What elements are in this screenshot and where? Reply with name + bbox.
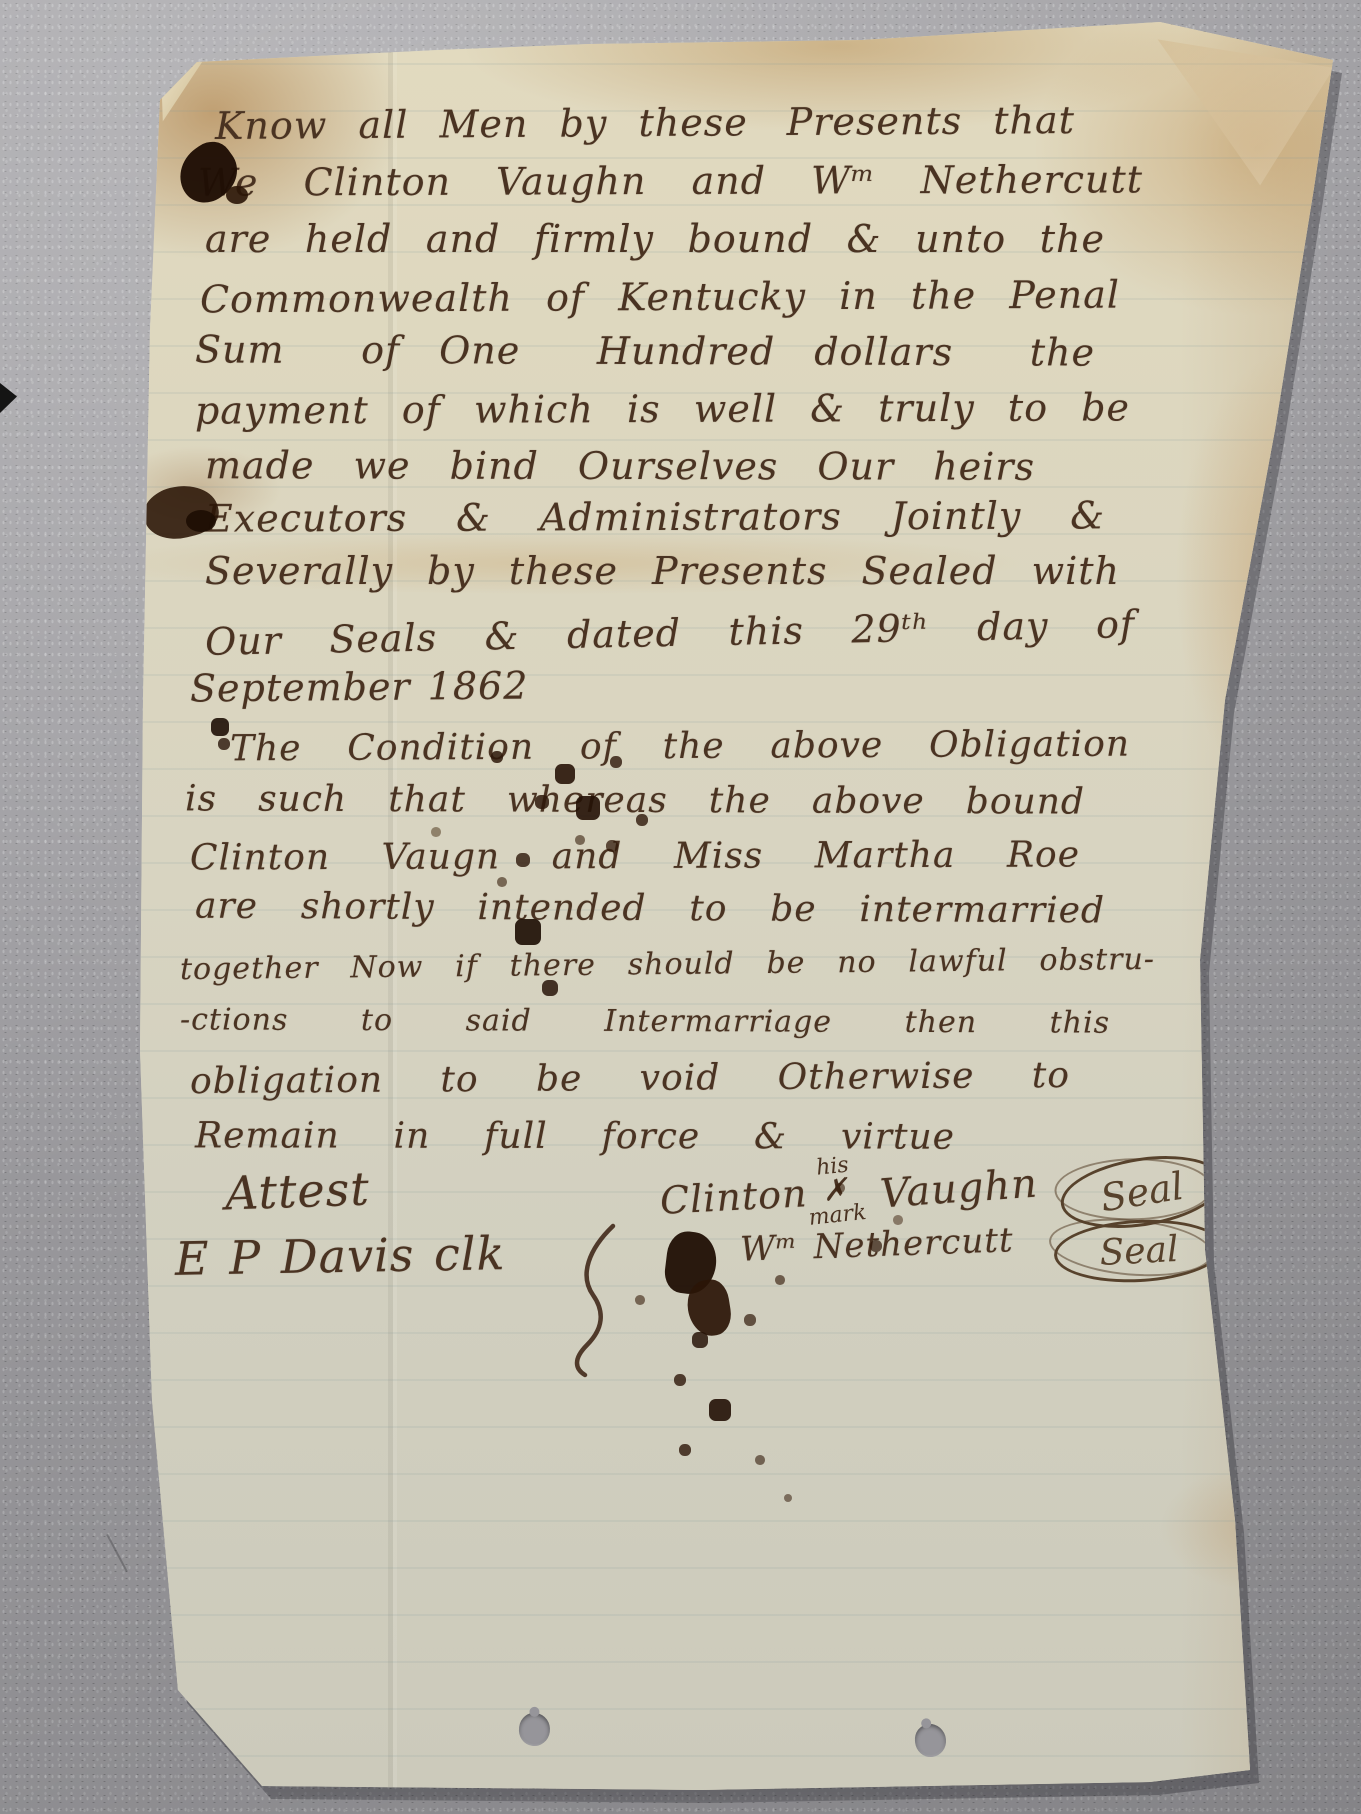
- document-line: The Condition of the above Obligation: [230, 724, 1130, 770]
- background-scratch: [106, 1534, 127, 1572]
- document-line: obligation to be void Otherwise to: [190, 1055, 1070, 1103]
- background-mark: [0, 383, 17, 413]
- document-line: Know all Men by these Presents that: [215, 99, 1075, 149]
- his-mark: his ✗ mark: [776, 1148, 893, 1233]
- paper-sheet: Know all Men by these Presents that We C…: [138, 18, 1350, 1795]
- document-line: Commonwealth of Kentucky in the Penal: [200, 274, 1120, 323]
- document-line: are shortly intended to be intermarried: [195, 886, 1105, 932]
- pen-flourish: [563, 1223, 625, 1378]
- document-line: payment of which is well & truly to be: [195, 386, 1130, 433]
- document-line: Remain in full force & virtue: [195, 1115, 955, 1158]
- document-line: together Now if there should be no lawfu…: [180, 943, 1155, 988]
- seal-label: Seal: [1097, 1164, 1186, 1220]
- folded-corner-top-left: [158, 58, 206, 124]
- document-line: -ctions to said Intermarriage then this: [180, 1003, 1110, 1041]
- seal-label: Seal: [1098, 1228, 1179, 1273]
- document-line: Our Seals & dated this 29ᵗʰ day of: [205, 603, 1136, 665]
- ink-blot: [186, 510, 216, 532]
- document-line: is such that whereas the above bound: [185, 778, 1085, 823]
- document-line: made we bind Ourselves Our heirs: [205, 444, 1035, 489]
- document-line: Sum of One Hundred dollars the: [195, 328, 1095, 375]
- document-line: Severally by these Presents Sealed with: [205, 550, 1120, 594]
- ink-spatter: [138, 18, 142, 22]
- document-line: We Clinton Vaughn and Wᵐ Nethercutt: [198, 158, 1143, 205]
- punch-hole: [913, 1722, 947, 1758]
- witness-signature: E P Davis clk: [175, 1227, 506, 1286]
- folded-corner-top-right: [1133, 18, 1338, 196]
- document-line: Clinton Vaugn and Miss Martha Roe: [190, 834, 1080, 878]
- attest-label: Attest: [224, 1162, 370, 1220]
- document-line: September 1862: [190, 665, 529, 712]
- document-line: Executors & Administrators Jointly &: [205, 494, 1105, 541]
- signer1-last-name: Vaughn: [879, 1161, 1040, 1218]
- ink-blot: [226, 186, 248, 204]
- punch-hole: [517, 1711, 552, 1748]
- seal-stamp: Seal: [1052, 1216, 1225, 1287]
- paper-surface: Know all Men by these Presents that We C…: [138, 18, 1350, 1795]
- signer2-name: Wᵐ Nethercutt: [739, 1221, 1014, 1270]
- document-photo: Know all Men by these Presents that We C…: [0, 0, 1361, 1814]
- document-line: are held and firmly bound & unto the: [205, 218, 1105, 262]
